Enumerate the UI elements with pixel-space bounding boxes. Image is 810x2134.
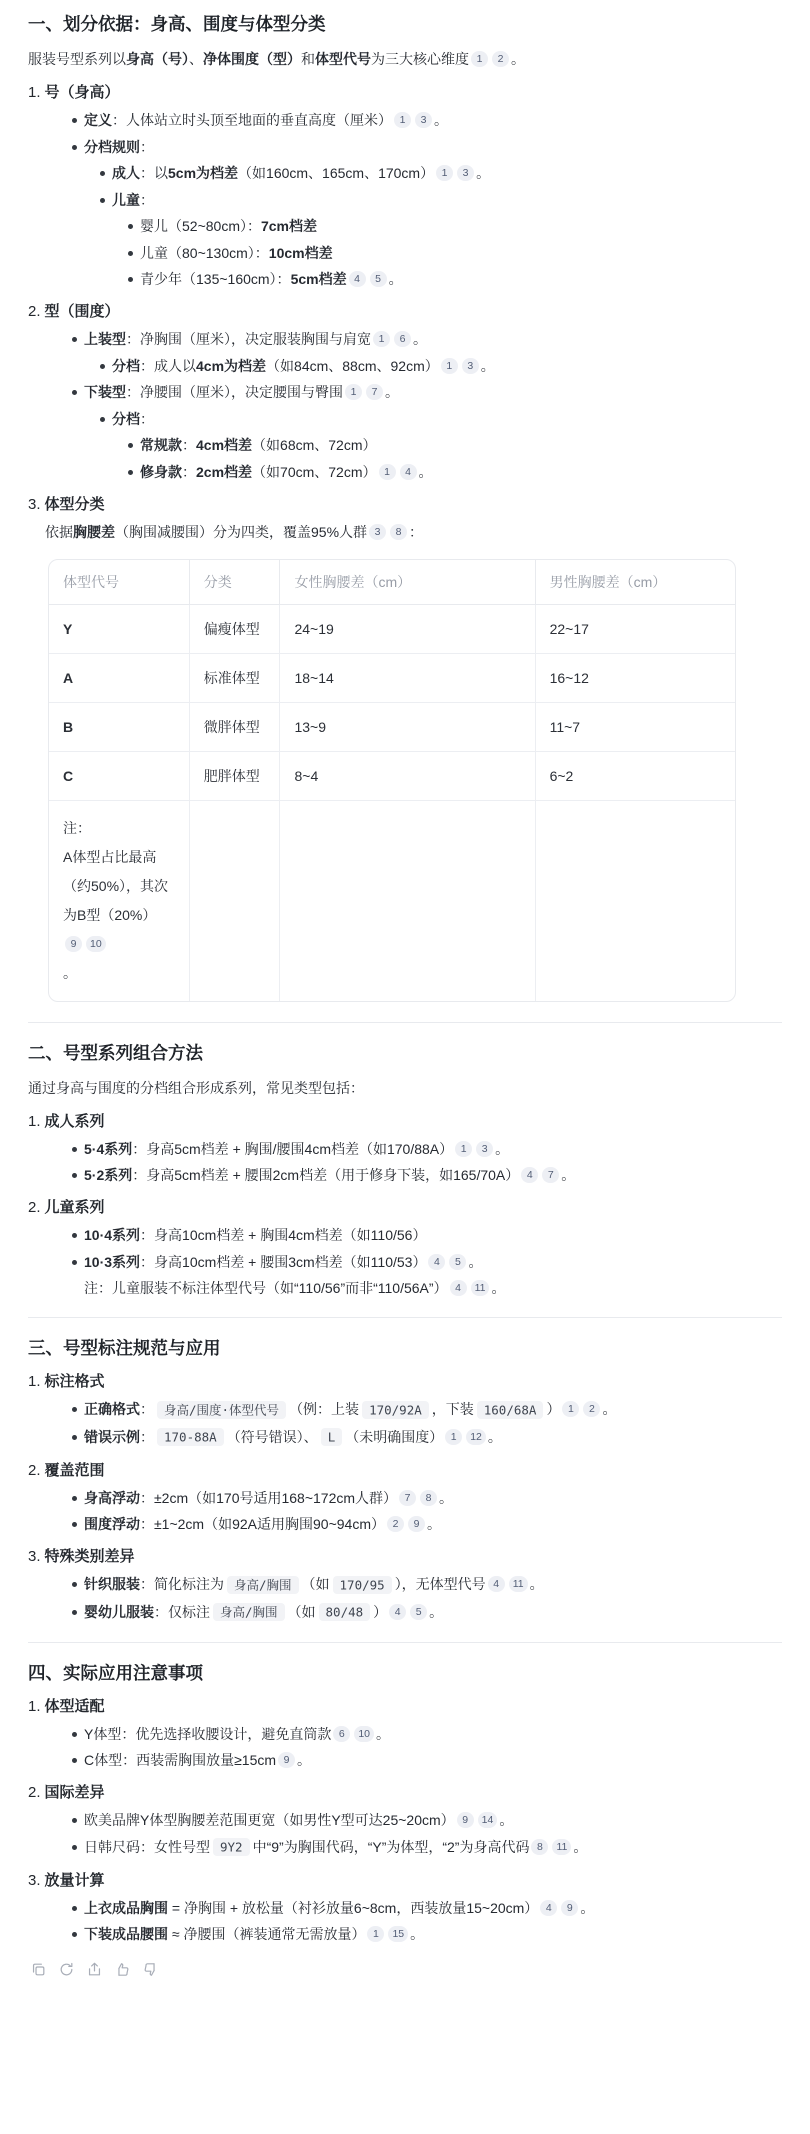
emphasized-text: 错误示例 — [84, 1429, 140, 1445]
citation-badge[interactable]: 3 — [415, 112, 432, 128]
emphasized-text: 上装型 — [84, 331, 126, 347]
text-run: 三、号型标注规范与应用 — [28, 1338, 221, 1358]
citation-badge[interactable]: 1 — [373, 331, 390, 347]
text-run: 。 — [511, 51, 525, 67]
list-item: C体型：西装需胸围放量≥15cm9。 — [28, 1749, 782, 1771]
list-item: 青少年（135~160cm）：5cm档差45。 — [28, 268, 782, 290]
citation-badge[interactable]: 4 — [400, 464, 417, 480]
text-run: ： — [140, 1429, 154, 1445]
text-run: （胸围减腰围）分为四类，覆盖95%人群 — [115, 524, 367, 540]
text-run: 注： A体型占比最高（约50%），其次为B型（20%） — [63, 820, 168, 923]
table-empty-cell — [536, 801, 735, 1001]
citation-badge[interactable]: 9 — [408, 1516, 425, 1532]
citation-badge[interactable]: 4 — [428, 1254, 445, 1270]
emphasized-text: 针织服装 — [84, 1576, 140, 1592]
emphasized-text: 10·4系列 — [84, 1227, 140, 1243]
item-number: 3. — [28, 1548, 41, 1565]
citation-badge[interactable]: 4 — [521, 1167, 538, 1183]
text-run: 注：儿童服装不标注体型代号（如“110/56”而非“110/56A”） — [84, 1280, 448, 1296]
citation-badge[interactable]: 4 — [488, 1576, 505, 1592]
list-item: 儿童（80~130cm）：10cm档差 — [28, 242, 782, 264]
citation-badge[interactable]: 1 — [436, 165, 453, 181]
citation-badge[interactable]: 11 — [471, 1280, 490, 1296]
text-run: （符号错误）、 — [227, 1429, 318, 1445]
text-run: ：以 — [140, 165, 168, 181]
text-run: 。 — [429, 1604, 443, 1620]
inline-code: 80/48 — [319, 1603, 371, 1621]
item-label: 覆盖范围 — [45, 1462, 105, 1479]
text-run: ：简化标注为 — [140, 1576, 224, 1592]
inline-code: 身高/胸围 — [227, 1576, 299, 1594]
inline-code: 160/68A — [477, 1401, 544, 1419]
citation-badge[interactable]: 7 — [399, 1490, 416, 1506]
text-run: （如84cm、88cm、92cm） — [266, 358, 439, 374]
emphasized-text: 定义 — [84, 112, 112, 128]
citation-badge[interactable]: 10 — [86, 936, 106, 952]
text-run: ），无体型代号 — [395, 1576, 486, 1592]
inline-code: 身高/胸围 — [213, 1603, 285, 1621]
item-label: 儿童系列 — [45, 1199, 105, 1216]
list-item: 分档： — [28, 408, 782, 430]
text-run: ：身高5cm档差 + 胸围/腰围4cm档差（如170/88A） — [132, 1141, 453, 1157]
text-run: 。 — [413, 331, 427, 347]
text-run: 。 — [427, 1516, 441, 1532]
text-run: ：仅标注 — [154, 1604, 210, 1620]
citation-badge[interactable]: 7 — [542, 1167, 559, 1183]
text-run: 。 — [561, 1167, 575, 1183]
text-run: ≈ 净腰围（裤装通常无需放量） — [168, 1926, 365, 1942]
emphasized-text: 常规款 — [140, 437, 182, 453]
text-run: 四、实际应用注意事项 — [28, 1663, 203, 1683]
text-run: 、 — [189, 51, 203, 67]
table-cell: Y — [49, 605, 190, 654]
emphasized-text: 净体围度（型） — [203, 51, 301, 67]
table-cell: 16~12 — [536, 654, 735, 703]
text-run: 。 — [488, 1429, 502, 1445]
item-label: 体型分类 — [45, 496, 105, 513]
text-run: 婴儿（52~80cm）： — [140, 218, 261, 234]
citation-badge[interactable]: 15 — [388, 1926, 408, 1942]
text-run: ：身高10cm档差 + 腰围3cm档差（如110/53） — [140, 1254, 426, 1270]
citation-badge[interactable]: 3 — [462, 358, 479, 374]
text-run: 。 — [476, 165, 490, 181]
item-number: 2. — [28, 1199, 41, 1216]
text-run: （如 — [288, 1604, 316, 1620]
share-icon[interactable] — [86, 1961, 103, 1978]
item-number: 1. — [28, 1698, 41, 1715]
citation-badge[interactable]: 1 — [455, 1141, 472, 1157]
citation-badge[interactable]: 5 — [410, 1604, 427, 1620]
section-heading: 三、号型标注规范与应用 — [28, 1336, 782, 1360]
citation-badge[interactable]: 3 — [476, 1141, 493, 1157]
text-run: 。 — [434, 112, 448, 128]
body-type-table-wrap: 体型代号分类女性胸腰差（cm）男性胸腰差（cm）Y偏瘦体型24~1922~17A… — [48, 559, 782, 1002]
paragraph: 通过身高与围度的分档组合形成系列，常见类型包括： — [28, 1077, 782, 1099]
numbered-item-heading: 1.号（身高） — [28, 82, 782, 104]
table-cell: 13~9 — [280, 703, 535, 752]
emphasized-text: 5·4系列 — [84, 1141, 132, 1157]
item-label: 型（围度） — [45, 303, 120, 320]
text-run: 。 — [530, 1576, 544, 1592]
text-run: 。 — [419, 464, 433, 480]
list-item: 5·2系列：身高5cm档差 + 腰围2cm档差（用于修身下装，如165/70A）… — [28, 1164, 782, 1186]
text-run: ，下装 — [432, 1401, 474, 1417]
table-row: C肥胖体型8~46~2 — [49, 752, 735, 801]
text-run: ： — [140, 192, 154, 208]
table-cell: 24~19 — [280, 605, 535, 654]
table-row: Y偏瘦体型24~1922~17 — [49, 605, 735, 654]
emphasized-text: 10·3系列 — [84, 1254, 140, 1270]
text-run: ：净胸围（厘米），决定服装胸围与肩宽 — [126, 331, 371, 347]
text-run: 。 — [297, 1752, 311, 1768]
table-cell: 6~2 — [536, 752, 735, 801]
table-cell: 18~14 — [280, 654, 535, 703]
citation-badge[interactable]: 1 — [379, 464, 396, 480]
item-label: 号（身高） — [45, 84, 120, 101]
list-item: 婴儿（52~80cm）：7cm档差 — [28, 215, 782, 237]
text-run: ： — [409, 524, 423, 540]
answer-page: 一、划分依据：身高、围度与体型分类服装号型系列以身高（号）、净体围度（型）和体型… — [0, 0, 810, 2134]
table-header-cell: 女性胸腰差（cm） — [280, 560, 535, 605]
indented-note: 注：儿童服装不标注体型代号（如“110/56”而非“110/56A”）411。 — [28, 1277, 782, 1299]
table-cell: 11~7 — [536, 703, 735, 752]
like-icon[interactable] — [114, 1961, 131, 1978]
table-cell: 22~17 — [536, 605, 735, 654]
emphasized-text: 10cm档差 — [269, 245, 333, 261]
table-note-cell: 注： A体型占比最高（约50%），其次为B型（20%）910 。 — [49, 801, 190, 1001]
text-run: 。 — [495, 1141, 509, 1157]
text-run: 。 — [389, 271, 403, 287]
text-run: 二、号型系列组合方法 — [28, 1043, 203, 1063]
citation-badge[interactable]: 10 — [354, 1726, 374, 1742]
text-run: 服装号型系列以 — [28, 51, 126, 67]
text-run: 欧美品牌Y体型胸腰差范围更宽（如男性Y型可达25~20cm） — [84, 1812, 455, 1828]
citation-badge[interactable]: 1 — [445, 1429, 462, 1445]
numbered-item-heading: 1.成人系列 — [28, 1111, 782, 1133]
list-item: 儿童： — [28, 189, 782, 211]
table-cell: 8~4 — [280, 752, 535, 801]
text-run: （如68cm、72cm） — [252, 437, 376, 453]
text-run: 。 — [580, 1900, 594, 1916]
list-item: 针织服装：简化标注为身高/胸围（如170/95），无体型代号411。 — [28, 1573, 782, 1596]
text-run: ： — [140, 1401, 154, 1417]
text-run: 中“9”为胸围代码，“Y”为体型，“2”为身高代码 — [253, 1839, 530, 1855]
emphasized-text: 下装型 — [84, 384, 126, 400]
text-run: ： — [140, 411, 154, 427]
citation-badge[interactable]: 9 — [561, 1900, 578, 1916]
citation-badge[interactable]: 9 — [457, 1812, 474, 1828]
text-run: ：身高5cm档差 + 腰围2cm档差（用于修身下装，如165/70A） — [132, 1167, 519, 1183]
item-number: 3. — [28, 1872, 41, 1889]
text-run: 日韩尺码：女性号型 — [84, 1839, 210, 1855]
section-heading: 一、划分依据：身高、围度与体型分类 — [28, 12, 782, 36]
citation-badge[interactable]: 7 — [366, 384, 383, 400]
emphasized-text: 正确格式 — [84, 1401, 140, 1417]
item-number: 1. — [28, 1373, 41, 1390]
text-run: ：成人以 — [140, 358, 196, 374]
text-run: （例：上装 — [289, 1401, 359, 1417]
list-item: 日韩尺码：女性号型9Y2中“9”为胸围代码，“Y”为体型，“2”为身高代码811… — [28, 1836, 782, 1859]
emphasized-text: 身高浮动 — [84, 1490, 140, 1506]
answer-document: 一、划分依据：身高、围度与体型分类服装号型系列以身高（号）、净体围度（型）和体型… — [28, 12, 782, 1978]
emphasized-text: 下装成品腰围 — [84, 1926, 168, 1942]
emphasized-text: 2cm档差 — [196, 464, 252, 480]
text-run: 和 — [301, 51, 315, 67]
text-run: 通过身高与围度的分档组合形成系列，常见类型包括： — [28, 1080, 364, 1096]
emphasized-text: 5·2系列 — [84, 1167, 132, 1183]
citation-badge[interactable]: 11 — [509, 1576, 528, 1592]
list-item: 分档规则： — [28, 136, 782, 158]
table-header-row: 体型代号分类女性胸腰差（cm）男性胸腰差（cm） — [49, 560, 735, 605]
table-cell: 微胖体型 — [190, 703, 281, 752]
table-header-cell: 分类 — [190, 560, 281, 605]
text-run: ：人体站立时头顶至地面的垂直高度（厘米） — [112, 112, 392, 128]
table-cell: C — [49, 752, 190, 801]
citation-badge[interactable]: 8 — [531, 1839, 548, 1855]
text-run: ： — [182, 464, 196, 480]
item-number: 2. — [28, 1784, 41, 1801]
list-item: 10·4系列：身高10cm档差 + 胸围4cm档差（如110/56） — [28, 1224, 782, 1246]
citation-badge[interactable]: 1 — [562, 1401, 579, 1417]
list-item: 上衣成品胸围 = 净胸围 + 放松量（衬衫放量6~8cm，西装放量15~20cm… — [28, 1897, 782, 1919]
table-header-cell: 男性胸腰差（cm） — [536, 560, 735, 605]
section-heading: 二、号型系列组合方法 — [28, 1041, 782, 1065]
table-cell: B — [49, 703, 190, 752]
regenerate-icon[interactable] — [58, 1961, 75, 1978]
text-run: 。 — [385, 384, 399, 400]
numbered-item-heading: 3.放量计算 — [28, 1870, 782, 1892]
table-empty-cell — [190, 801, 281, 1001]
list-item: 成人：以5cm为档差（如160cm、165cm、170cm）13。 — [28, 162, 782, 184]
citation-badge[interactable]: 1 — [367, 1926, 384, 1942]
text-run: 依据 — [45, 524, 73, 540]
text-run: = 净胸围 + 放松量（衬衫放量6~8cm，西装放量15~20cm） — [168, 1900, 538, 1916]
emphasized-text: 儿童 — [112, 192, 140, 208]
list-item: 定义：人体站立时头顶至地面的垂直高度（厘米）13。 — [28, 109, 782, 131]
table-row: A标准体型18~1416~12 — [49, 654, 735, 703]
inline-code: 身高/围度·体型代号 — [157, 1401, 286, 1419]
text-run: 。 — [410, 1926, 424, 1942]
citation-badge[interactable]: 14 — [478, 1812, 498, 1828]
text-run: 儿童（80~130cm）： — [140, 245, 269, 261]
citation-badge[interactable]: 4 — [450, 1280, 467, 1296]
dislike-icon[interactable] — [142, 1961, 159, 1978]
citation-badge[interactable]: 6 — [333, 1726, 350, 1742]
list-item: 身高浮动：±2cm（如170号适用168~172cm人群）78。 — [28, 1487, 782, 1509]
citation-badge[interactable]: 2 — [492, 51, 509, 67]
citation-badge[interactable]: 5 — [370, 271, 387, 287]
list-item: 修身款：2cm档差（如70cm、72cm）14。 — [28, 461, 782, 483]
numbered-item-heading: 2.覆盖范围 — [28, 1460, 782, 1482]
citation-badge[interactable]: 4 — [349, 271, 366, 287]
indented-note: 依据胸腰差（胸围减腰围）分为四类，覆盖95%人群38： — [28, 521, 782, 543]
text-run: 。 — [499, 1812, 513, 1828]
item-label: 放量计算 — [45, 1872, 105, 1889]
emphasized-text: 5cm档差 — [291, 271, 347, 287]
text-run: ：±2cm（如170号适用168~172cm人群） — [140, 1490, 397, 1506]
text-run: 为三大核心维度 — [371, 51, 469, 67]
emphasized-text: 4cm档差 — [196, 437, 252, 453]
citation-badge[interactable]: 6 — [394, 331, 411, 347]
table-cell: 偏瘦体型 — [190, 605, 281, 654]
emphasized-text: 上衣成品胸围 — [84, 1900, 168, 1916]
citation-badge[interactable]: 1 — [394, 112, 411, 128]
text-run: ：身高10cm档差 + 胸围4cm档差（如110/56） — [140, 1227, 426, 1243]
text-run: （未明确围度） — [345, 1429, 443, 1445]
numbered-item-heading: 1.标注格式 — [28, 1371, 782, 1393]
text-run: 。 — [376, 1726, 390, 1742]
citation-badge[interactable]: 4 — [389, 1604, 406, 1620]
text-run: （如 — [302, 1576, 330, 1592]
text-run: ： — [182, 437, 196, 453]
citation-badge[interactable]: 9 — [65, 936, 82, 952]
text-run: 。 — [491, 1280, 505, 1296]
item-label: 成人系列 — [45, 1113, 105, 1130]
list-item: 围度浮动：±1~2cm（如92A适用胸围90~94cm）29。 — [28, 1513, 782, 1535]
item-number: 2. — [28, 303, 41, 320]
list-item: 正确格式：身高/围度·体型代号（例：上装170/92A，下装160/68A）12… — [28, 1398, 782, 1421]
list-item: 下装成品腰围 ≈ 净腰围（裤装通常无需放量）115。 — [28, 1923, 782, 1945]
emphasized-text: 体型代号 — [315, 51, 371, 67]
emphasized-text: 婴幼儿服装 — [84, 1604, 154, 1620]
text-run: 。 — [481, 358, 495, 374]
emphasized-text: 身高（号） — [126, 51, 189, 67]
body-type-table: 体型代号分类女性胸腰差（cm）男性胸腰差（cm）Y偏瘦体型24~1922~17A… — [48, 559, 736, 1002]
message-action-bar — [30, 1961, 782, 1978]
table-cell: A — [49, 654, 190, 703]
numbered-item-heading: 1.体型适配 — [28, 1696, 782, 1718]
citation-badge[interactable]: 8 — [420, 1490, 437, 1506]
citation-badge[interactable]: 11 — [552, 1839, 571, 1855]
numbered-item-heading: 3.特殊类别差异 — [28, 1546, 782, 1568]
citation-badge[interactable]: 8 — [390, 524, 407, 540]
text-run: 一、划分依据：身高、围度与体型分类 — [28, 14, 326, 34]
item-label: 特殊类别差异 — [45, 1548, 135, 1565]
text-run: 。 — [468, 1254, 482, 1270]
citation-badge[interactable]: 2 — [583, 1401, 600, 1417]
text-run: Y体型：优先选择收腰设计，避免直筒款 — [84, 1726, 331, 1742]
list-item: 常规款：4cm档差（如68cm、72cm） — [28, 434, 782, 456]
table-cell: 标准体型 — [190, 654, 281, 703]
paragraph: 服装号型系列以身高（号）、净体围度（型）和体型代号为三大核心维度12。 — [28, 48, 782, 70]
numbered-item-heading: 2.儿童系列 — [28, 1197, 782, 1219]
numbered-item-heading: 2.国际差异 — [28, 1782, 782, 1804]
emphasized-text: 胸腰差 — [73, 524, 115, 540]
list-item: 10·3系列：身高10cm档差 + 腰围3cm档差（如110/53）45。 — [28, 1251, 782, 1273]
emphasized-text: 分档规则 — [84, 139, 140, 155]
text-run: 。 — [602, 1401, 616, 1417]
list-item: 欧美品牌Y体型胸腰差范围更宽（如男性Y型可达25~20cm）914。 — [28, 1809, 782, 1831]
text-run: ：净腰围（厘米），决定腰围与臀围 — [126, 384, 343, 400]
text-run: C体型：西装需胸围放量≥15cm — [84, 1752, 276, 1768]
section-divider — [28, 1022, 782, 1023]
text-run: ） — [546, 1401, 560, 1417]
inline-code: 170/92A — [362, 1401, 429, 1419]
numbered-item-heading: 3.体型分类 — [28, 494, 782, 516]
citation-badge[interactable]: 2 — [387, 1516, 404, 1532]
inline-code: L — [321, 1428, 343, 1446]
item-number: 3. — [28, 496, 41, 513]
text-run: ： — [140, 139, 154, 155]
emphasized-text: 5cm为档差 — [168, 165, 238, 181]
text-run: 。 — [63, 965, 77, 981]
citation-badge[interactable]: 1 — [441, 358, 458, 374]
item-label: 国际差异 — [45, 1784, 105, 1801]
text-run: ） — [373, 1604, 387, 1620]
inline-code: 170-88A — [157, 1428, 224, 1446]
list-item: 5·4系列：身高5cm档差 + 胸围/腰围4cm档差（如170/88A）13。 — [28, 1138, 782, 1160]
emphasized-text: 7cm档差 — [261, 218, 317, 234]
citation-badge[interactable]: 1 — [345, 384, 362, 400]
emphasized-text: 修身款 — [140, 464, 182, 480]
item-number: 1. — [28, 1113, 41, 1130]
item-label: 标注格式 — [45, 1373, 105, 1390]
table-note-row: 注： A体型占比最高（约50%），其次为B型（20%）910 。 — [49, 801, 735, 1001]
citation-badge[interactable]: 1 — [471, 51, 488, 67]
citation-badge[interactable]: 12 — [466, 1429, 486, 1445]
text-run: 。 — [573, 1839, 587, 1855]
section-divider — [28, 1317, 782, 1318]
citation-badge[interactable]: 3 — [369, 524, 386, 540]
list-item: 下装型：净腰围（厘米），决定腰围与臀围17。 — [28, 381, 782, 403]
list-item: 分档：成人以4cm为档差（如84cm、88cm、92cm）13。 — [28, 355, 782, 377]
emphasized-text: 分档 — [112, 358, 140, 374]
table-row: B微胖体型13~911~7 — [49, 703, 735, 752]
text-run: 青少年（135~160cm）： — [140, 271, 291, 287]
text-run: 。 — [439, 1490, 453, 1506]
table-cell: 肥胖体型 — [190, 752, 281, 801]
numbered-item-heading: 2.型（围度） — [28, 301, 782, 323]
item-number: 2. — [28, 1462, 41, 1479]
text-run: ：±1~2cm（如92A适用胸围90~94cm） — [140, 1516, 385, 1532]
citation-badge[interactable]: 9 — [278, 1752, 295, 1768]
text-run: （如160cm、165cm、170cm） — [238, 165, 434, 181]
table-header-cell: 体型代号 — [49, 560, 190, 605]
emphasized-text: 围度浮动 — [84, 1516, 140, 1532]
citation-badge[interactable]: 3 — [457, 165, 474, 181]
inline-code: 170/95 — [333, 1576, 392, 1594]
list-item: Y体型：优先选择收腰设计，避免直筒款610。 — [28, 1723, 782, 1745]
emphasized-text: 4cm为档差 — [196, 358, 266, 374]
citation-badge[interactable]: 4 — [540, 1900, 557, 1916]
citation-badge[interactable]: 5 — [449, 1254, 466, 1270]
section-heading: 四、实际应用注意事项 — [28, 1661, 782, 1685]
copy-icon[interactable] — [30, 1961, 47, 1978]
inline-code: 9Y2 — [213, 1838, 250, 1856]
list-item: 婴幼儿服装：仅标注身高/胸围（如80/48）45。 — [28, 1601, 782, 1624]
emphasized-text: 分档 — [112, 411, 140, 427]
emphasized-text: 成人 — [112, 165, 140, 181]
text-run: （如70cm、72cm） — [252, 464, 376, 480]
list-item: 上装型：净胸围（厘米），决定服装胸围与肩宽16。 — [28, 328, 782, 350]
item-number: 1. — [28, 84, 41, 101]
section-divider — [28, 1642, 782, 1643]
item-label: 体型适配 — [45, 1698, 105, 1715]
list-item: 错误示例：170-88A（符号错误）、L（未明确围度）112。 — [28, 1426, 782, 1449]
table-empty-cell — [280, 801, 535, 1001]
